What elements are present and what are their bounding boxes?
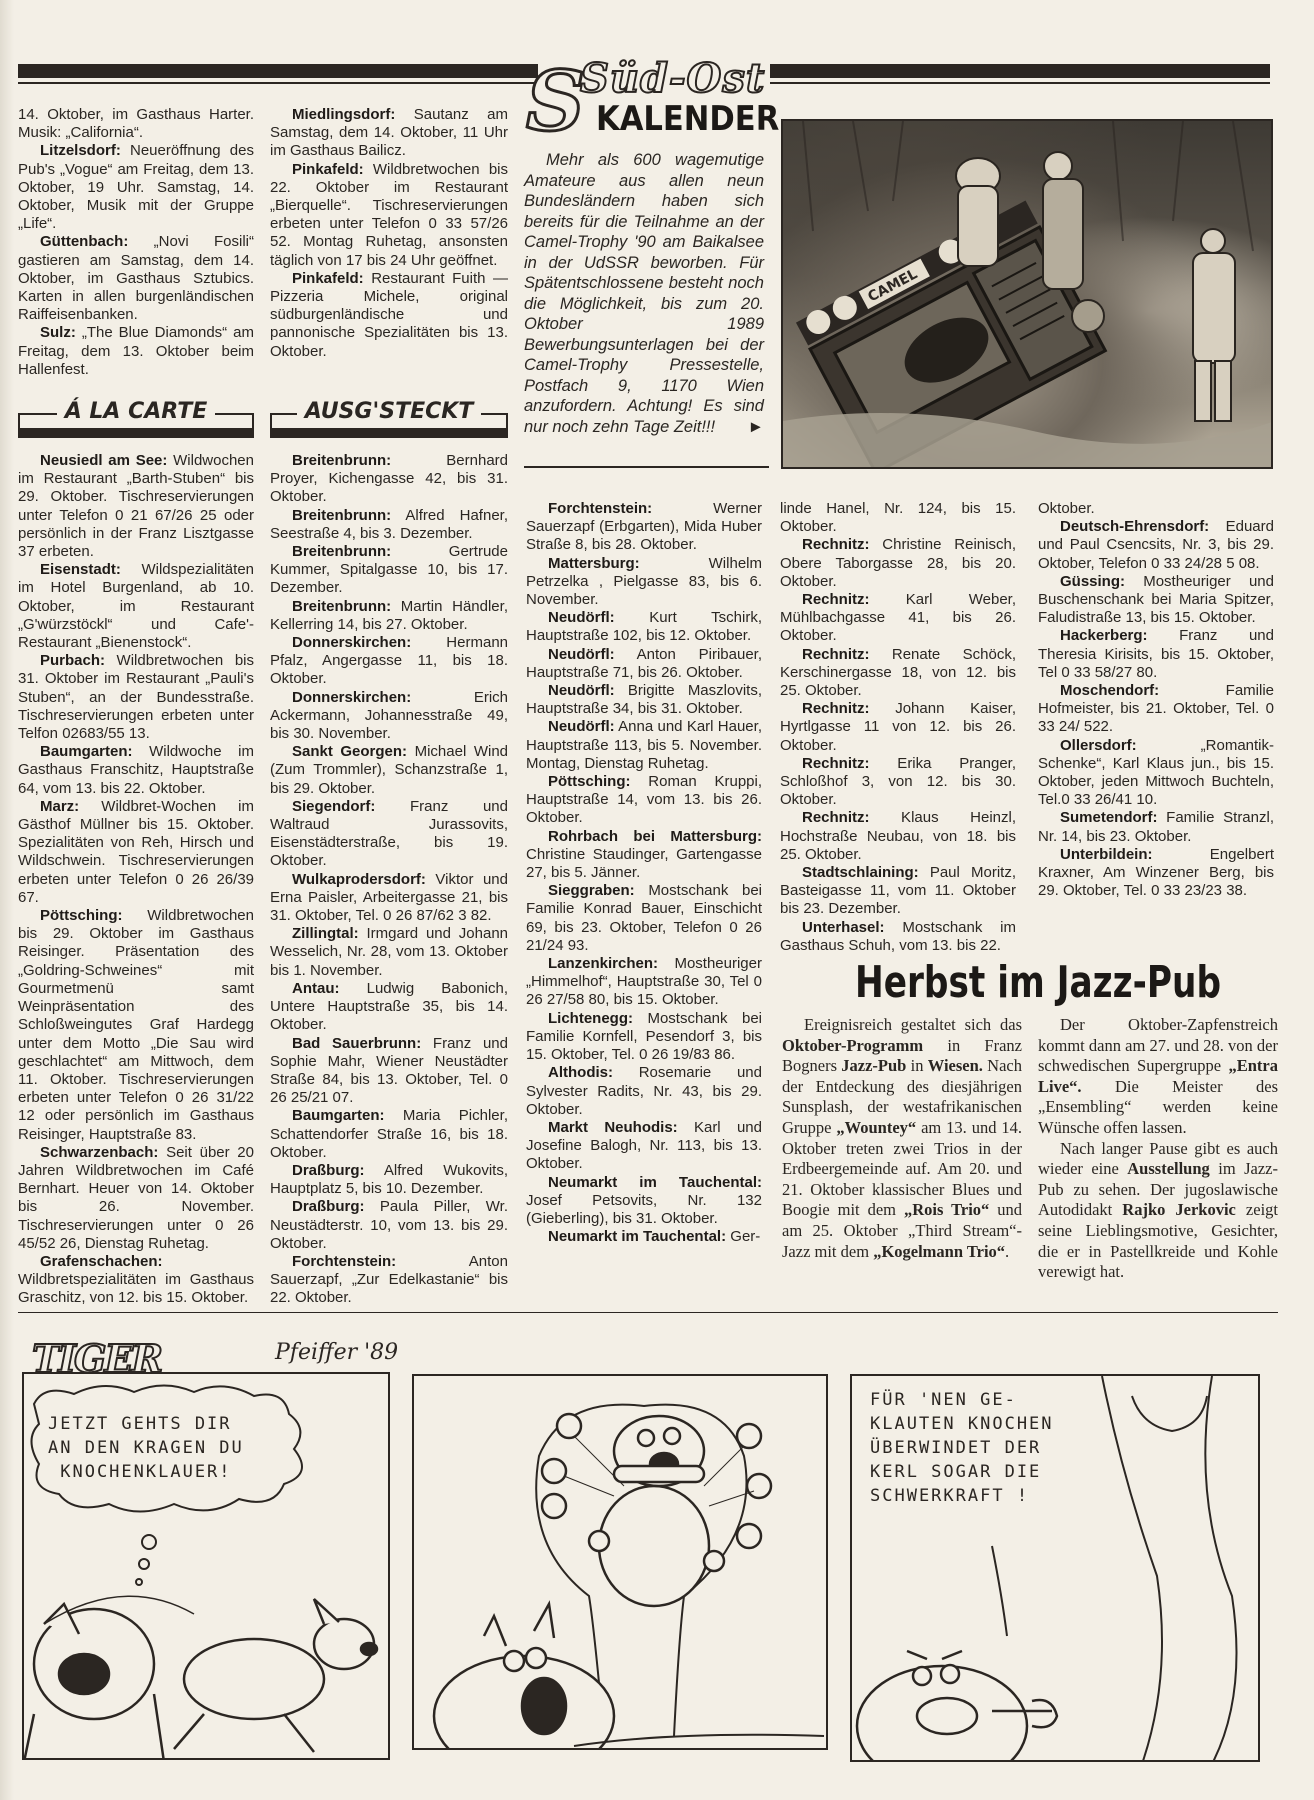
column-5-list: Oktober.Deutsch-Ehrensdorf: Eduard und P…: [1038, 500, 1274, 900]
listing-place: Baumgarten:: [292, 1107, 385, 1124]
logo-script: Süd-Ost: [580, 55, 765, 102]
listing-place: Güttenbach:: [40, 233, 128, 250]
listing-entry: Baumgarten: Maria Pichler, Schattendorfe…: [270, 1107, 508, 1162]
jazz-paragraph-3: Nach langer Pause gibt es auch wieder ei…: [1038, 1139, 1278, 1283]
listing-entry: Unterbildein: Engelbert Kraxner, Am Winz…: [1038, 846, 1274, 901]
listing-place: Rechnitz:: [802, 591, 870, 608]
listing-entry: linde Hanel, Nr. 124, bis 15. Oktober.: [780, 500, 1016, 536]
listing-entry: Güssing: Mostheuriger und Buschenschank …: [1038, 573, 1274, 628]
listing-entry: Breitenbrunn: Bernhard Proyer, Kichengas…: [270, 452, 508, 507]
listing-entry: Neumarkt im Tauchental: Josef Petsovits,…: [526, 1174, 762, 1229]
listing-place: Rechnitz:: [802, 646, 870, 663]
listing-place: Deutsch-Ehrensdorf:: [1060, 518, 1209, 535]
photo-illustration: CAMEL: [783, 121, 1273, 469]
intro-rule: [524, 466, 769, 468]
listing-place: Althodis:: [548, 1064, 613, 1081]
emphasis-text: „Wountey“: [836, 1118, 916, 1137]
listing-entry: Draßburg: Alfred Wukovits, Hauptplatz 5,…: [270, 1162, 508, 1198]
listing-text: 14. Oktober, im Gasthaus Harter. Musik: …: [18, 106, 254, 141]
listing-entry: Neudörfl: Brigitte Maszlovits, Hauptstra…: [526, 682, 762, 718]
listing-place: Rechnitz:: [802, 700, 870, 717]
body-text: in: [906, 1056, 927, 1075]
emphasis-text: Rajko Jerkovic: [1122, 1200, 1236, 1219]
jazz-pub-article-col2: Der Oktober-Zapfenstreich kommt dann am …: [1038, 1015, 1278, 1283]
listing-place: Neumarkt im Tauchental:: [548, 1228, 726, 1245]
listing-place: Marz:: [40, 798, 79, 815]
page-edge-shadow: [0, 0, 14, 1800]
intro-text: Mehr als 600 wagemutige Amateure aus all…: [524, 151, 764, 436]
listing-place: Sulz:: [40, 324, 76, 341]
listing-entry: Rechnitz: Klaus Heinzl, Hochstraße Neuba…: [780, 809, 1016, 864]
listing-entry: Rechnitz: Johann Kaiser, Hyrtlgasse 11 v…: [780, 700, 1016, 755]
listing-entry: Pinkafeld: Wildbretwochen bis 22. Oktobe…: [270, 161, 508, 270]
listing-place: Lanzenkirchen:: [548, 955, 658, 972]
listing-entry: Rechnitz: Karl Weber, Mühlbachgasse 41, …: [780, 591, 1016, 646]
listing-place: Draßburg:: [292, 1198, 365, 1215]
listing-place: Breitenbrunn:: [292, 598, 391, 615]
listing-entry: Neusiedl am See: Wildwochen im Restauran…: [18, 452, 254, 561]
listing-place: Rohrbach bei Mattersburg:: [548, 828, 762, 845]
listing-place: Sumetendorf:: [1060, 809, 1158, 826]
jazz-pub-article-col1: Ereignisreich gestaltet sich das Oktober…: [782, 1015, 1022, 1262]
listing-entry: Litzelsdorf: Neueröffnung des Pub's „Vog…: [18, 142, 254, 233]
listing-place: Moschendorf:: [1060, 682, 1159, 699]
listing-entry: Miedlingsdorf: Sautanz am Samstag, dem 1…: [270, 106, 508, 161]
listing-place: Pinkafeld:: [292, 161, 364, 178]
ausgsteckt-list: Breitenbrunn: Bernhard Proyer, Kichengas…: [270, 452, 508, 1308]
listing-place: Pinkafeld:: [292, 270, 364, 287]
listing-entry: Sumetendorf: Familie Stranzl, Nr. 14, bi…: [1038, 809, 1274, 845]
listing-entry: Sieggraben: Mostschank bei Familie Konra…: [526, 882, 762, 955]
listing-place: Pöttsching:: [40, 907, 123, 924]
emphasis-text: Wiesen.: [928, 1056, 983, 1075]
listing-entry: Eisenstadt: Wildspezialitäten im Hotel B…: [18, 561, 254, 652]
listing-entry: Rechnitz: Renate Schöck, Kerschinergasse…: [780, 646, 1016, 701]
listing-entry: Breitenbrunn: Martin Händler, Kellerring…: [270, 598, 508, 634]
panel-1-speech: JETZT GEHTS DIR AN DEN KRAGEN DU KNOCHEN…: [48, 1412, 244, 1484]
listing-entry: Sulz: „The Blue Diamonds“ am Freitag, de…: [18, 324, 254, 379]
listing-place: Unterhasel:: [802, 919, 885, 936]
listing-entry: Hackerberg: Franz und Theresia Kirisits,…: [1038, 627, 1274, 682]
section-header-a-la-carte: Á LA CARTE: [18, 398, 254, 438]
listing-entry: Breitenbrunn: Gertrude Kummer, Spitalgas…: [270, 543, 508, 598]
column-3-list: Forchtenstein: Werner Sauerzapf (Erbgart…: [526, 500, 762, 1246]
jazz-paragraph-2: Der Oktober-Zapfenstreich kommt dann am …: [1038, 1015, 1278, 1139]
listing-place: Donnerskirchen:: [292, 634, 411, 651]
header-rule-right: [770, 64, 1270, 78]
listing-place: Rechnitz:: [802, 755, 870, 772]
listing-place: Neudörfl:: [548, 609, 615, 626]
listing-entry: Rechnitz: Christine Reinisch, Obere Tabo…: [780, 536, 1016, 591]
listing-entry: Wulkaprodersdorf: Viktor und Erna Paisle…: [270, 871, 508, 926]
logo-initial: S: [526, 61, 585, 143]
listing-entry: Deutsch-Ehrensdorf: Eduard und Paul Csen…: [1038, 518, 1274, 573]
listing-entry: Zillingtal: Irmgard und Johann Wesselich…: [270, 925, 508, 980]
listing-entry: Siegendorf: Franz und Waltraud Jurassovi…: [270, 798, 508, 871]
jazz-pub-headline: Herbst im Jazz-Pub: [855, 958, 1221, 1008]
listing-place: Hackerberg:: [1060, 627, 1148, 644]
listing-entry: Unterhasel: Mostschank im Gasthaus Schuh…: [780, 919, 1016, 955]
a-la-carte-list: Neusiedl am See: Wildwochen im Restauran…: [18, 452, 254, 1308]
listing-entry: Oktober.: [1038, 500, 1274, 518]
column-2-top: Miedlingsdorf: Sautanz am Samstag, dem 1…: [270, 106, 508, 361]
comic-signature: Pfeiffer '89: [275, 1340, 398, 1365]
listing-place: Stadtschlaining:: [802, 864, 919, 881]
listing-text: Oktober.: [1038, 500, 1095, 517]
listing-place: Pöttsching:: [548, 773, 631, 790]
column-4-list: linde Hanel, Nr. 124, bis 15. Oktober.Re…: [780, 500, 1016, 955]
listing-place: Ollersdorf:: [1060, 737, 1137, 754]
listing-place: Neudörfl:: [548, 682, 615, 699]
listing-text: Christine Staudinger, Gartengasse 27, bi…: [526, 846, 762, 881]
listing-place: Neudörfl:: [548, 718, 615, 735]
section-title-a-la-carte: Á LA CARTE: [57, 399, 216, 424]
comic-divider: [18, 1312, 1278, 1313]
listing-entry: Sankt Georgen: Michael Wind (Zum Trommle…: [270, 743, 508, 798]
listing-entry: Pöttsching: Roman Kruppi, Hauptstraße 14…: [526, 773, 762, 828]
listing-place: Purbach:: [40, 652, 105, 669]
section-title-ausgsteckt: AUSG'STECKT: [297, 399, 482, 424]
listing-place: Schwarzenbach:: [40, 1144, 158, 1161]
listing-place: Unterbildein:: [1060, 846, 1153, 863]
body-text: Ereignisreich gestaltet sich das: [804, 1015, 1022, 1034]
listing-place: Grafenschachen:: [40, 1253, 163, 1270]
listing-entry: Lanzenkirchen: Mostheuriger „Himmelhof“,…: [526, 955, 762, 1010]
listing-entry: Moschendorf: Familie Hofmeister, bis 21.…: [1038, 682, 1274, 737]
listing-entry: Breitenbrunn: Alfred Hafner, Seestraße 4…: [270, 507, 508, 543]
listing-place: Mattersburg:: [548, 555, 640, 572]
listing-entry: Neudörfl: Anton Piribauer, Hauptstraße 7…: [526, 646, 762, 682]
listing-place: Bad Sauerbrunn:: [292, 1035, 421, 1052]
listing-entry: Bad Sauerbrunn: Franz und Sophie Mahr, W…: [270, 1035, 508, 1108]
listing-entry: Pinkafeld: Restaurant Fuith — Pizzeria M…: [270, 270, 508, 361]
listing-entry: Forchtenstein: Anton Sauerzapf, „Zur Ede…: [270, 1253, 508, 1308]
listing-entry: Donnerskirchen: Erich Ackermann, Johanne…: [270, 689, 508, 744]
listing-entry: Neudörfl: Anna und Karl Hauer, Hauptstra…: [526, 718, 762, 773]
listing-place: Miedlingsdorf:: [292, 106, 395, 123]
listing-entry: Grafenschachen: Wildbretspezialitäten im…: [18, 1253, 254, 1308]
listing-entry: Rohrbach bei Mattersburg: Christine Stau…: [526, 828, 762, 883]
emphasis-text: Ausstellung: [1127, 1159, 1210, 1178]
listing-place: Baumgarten:: [40, 743, 133, 760]
panel-3-caption: FÜR 'NEN GE- KLAUTEN KNOCHEN ÜBERWINDET …: [870, 1388, 1054, 1508]
listing-text: Wildbretspezialitäten im Gasthaus Grasch…: [18, 1271, 254, 1306]
listing-entry: Ollersdorf: „Romantik-Schenke“, Karl Kla…: [1038, 737, 1274, 810]
column-1-top: 14. Oktober, im Gasthaus Harter. Musik: …: [18, 106, 254, 379]
listing-entry: Purbach: Wildbretwochen bis 31. Oktober …: [18, 652, 254, 743]
listing-entry: Lichtenegg: Mostschank bei Familie Kornf…: [526, 1010, 762, 1065]
sued-ost-kalender-logo: S Süd-Ost KALENDER: [520, 55, 785, 145]
panel-2-drawing: [414, 1376, 828, 1750]
comic-panel-2: [412, 1374, 828, 1750]
header-rule-left: [18, 64, 538, 78]
listing-entry: Forchtenstein: Werner Sauerzapf (Erbgart…: [526, 500, 762, 555]
camel-trophy-photo: CAMEL: [781, 119, 1273, 469]
listing-entry: Neumarkt im Tauchental: Ger-: [526, 1228, 762, 1246]
listing-place: Breitenbrunn:: [292, 507, 391, 524]
continue-arrow-icon: ►: [726, 417, 764, 438]
listing-text: Wildbretwochen bis 29. Oktober im Gastha…: [18, 907, 254, 1142]
listing-place: Rechnitz:: [802, 536, 870, 553]
listing-text: Josef Petsovits, Nr. 132 (Gieberling), b…: [526, 1192, 762, 1227]
header-thin-rule-left: [18, 82, 538, 84]
comic-panel-3: FÜR 'NEN GE- KLAUTEN KNOCHEN ÜBERWINDET …: [850, 1374, 1260, 1762]
section-header-ausgsteckt: AUSG'STECKT: [270, 398, 508, 438]
body-text: .: [1005, 1242, 1009, 1261]
listing-entry: Draßburg: Paula Piller, Wr. Neustädterst…: [270, 1198, 508, 1253]
listing-entry: Donnerskirchen: Hermann Pfalz, Angergass…: [270, 634, 508, 689]
listing-place: Breitenbrunn:: [292, 543, 391, 560]
listing-place: Rechnitz:: [802, 809, 870, 826]
emphasis-text: „Kogelmann Trio“: [873, 1242, 1005, 1261]
listing-place: Eisenstadt:: [40, 561, 121, 578]
listing-entry: Neudörfl: Kurt Tschirk, Hauptstraße 102,…: [526, 609, 762, 645]
listing-entry: Pöttsching: Wildbretwochen bis 29. Oktob…: [18, 907, 254, 1144]
listing-place: Sankt Georgen:: [292, 743, 407, 760]
emphasis-text: Oktober-Programm: [782, 1036, 923, 1055]
listing-place: Donnerskirchen:: [292, 689, 411, 706]
listing-place: Antau:: [292, 980, 340, 997]
listing-entry: Baumgarten: Wildwoche im Gasthaus Fransc…: [18, 743, 254, 798]
listing-entry: Markt Neuhodis: Karl und Josefine Balogh…: [526, 1119, 762, 1174]
listing-entry: Althodis: Rosemarie und Sylvester Radits…: [526, 1064, 762, 1119]
comic-panel-1: JETZT GEHTS DIR AN DEN KRAGEN DU KNOCHEN…: [22, 1372, 390, 1760]
listing-entry: Mattersburg: Wilhelm Petrzelka , Pielgas…: [526, 555, 762, 610]
listing-place: Markt Neuhodis:: [548, 1119, 678, 1136]
header-thin-rule-right: [770, 82, 1270, 84]
jazz-paragraph-1: Ereignisreich gestaltet sich das Oktober…: [782, 1015, 1022, 1262]
listing-place: Litzelsdorf:: [40, 142, 121, 159]
listing-entry: Güttenbach: „Novi Fosili“ gastieren am S…: [18, 233, 254, 324]
listing-entry: Marz: Wildbret-Wochen im Gästhof Müllner…: [18, 798, 254, 907]
listing-entry: 14. Oktober, im Gasthaus Harter. Musik: …: [18, 106, 254, 142]
listing-text: Ger-: [726, 1228, 760, 1245]
listing-place: Sieggraben:: [548, 882, 635, 899]
listing-place: Lichtenegg:: [548, 1010, 633, 1027]
listing-entry: Rechnitz: Erika Pranger, Schloßhof 3, vo…: [780, 755, 1016, 810]
listing-place: Neusiedl am See:: [40, 452, 167, 469]
listing-place: Neumarkt im Tauchental:: [548, 1174, 762, 1191]
listing-place: Breitenbrunn:: [292, 452, 391, 469]
listing-place: Draßburg:: [292, 1162, 365, 1179]
listing-place: Güssing:: [1060, 573, 1125, 590]
listing-place: Wulkaprodersdorf:: [292, 871, 426, 888]
listing-entry: Stadtschlaining: Paul Moritz, Basteigass…: [780, 864, 1016, 919]
listing-place: Zillingtal:: [292, 925, 359, 942]
logo-word: KALENDER: [596, 99, 779, 139]
listing-place: Neudörfl:: [548, 646, 615, 663]
camel-trophy-intro: Mehr als 600 wagemutige Amateure aus all…: [524, 150, 764, 437]
listing-entry: Antau: Ludwig Babonich, Untere Hauptstra…: [270, 980, 508, 1035]
listing-text: linde Hanel, Nr. 124, bis 15. Oktober.: [780, 500, 1016, 535]
listing-place: Forchtenstein:: [548, 500, 652, 517]
emphasis-text: „Rois Trio“: [904, 1200, 989, 1219]
listing-entry: Schwarzenbach: Seit über 20 Jahren Wildb…: [18, 1144, 254, 1253]
listing-place: Siegendorf:: [292, 798, 375, 815]
listing-place: Forchtenstein:: [292, 1253, 396, 1270]
emphasis-text: Jazz-Pub: [841, 1056, 906, 1075]
